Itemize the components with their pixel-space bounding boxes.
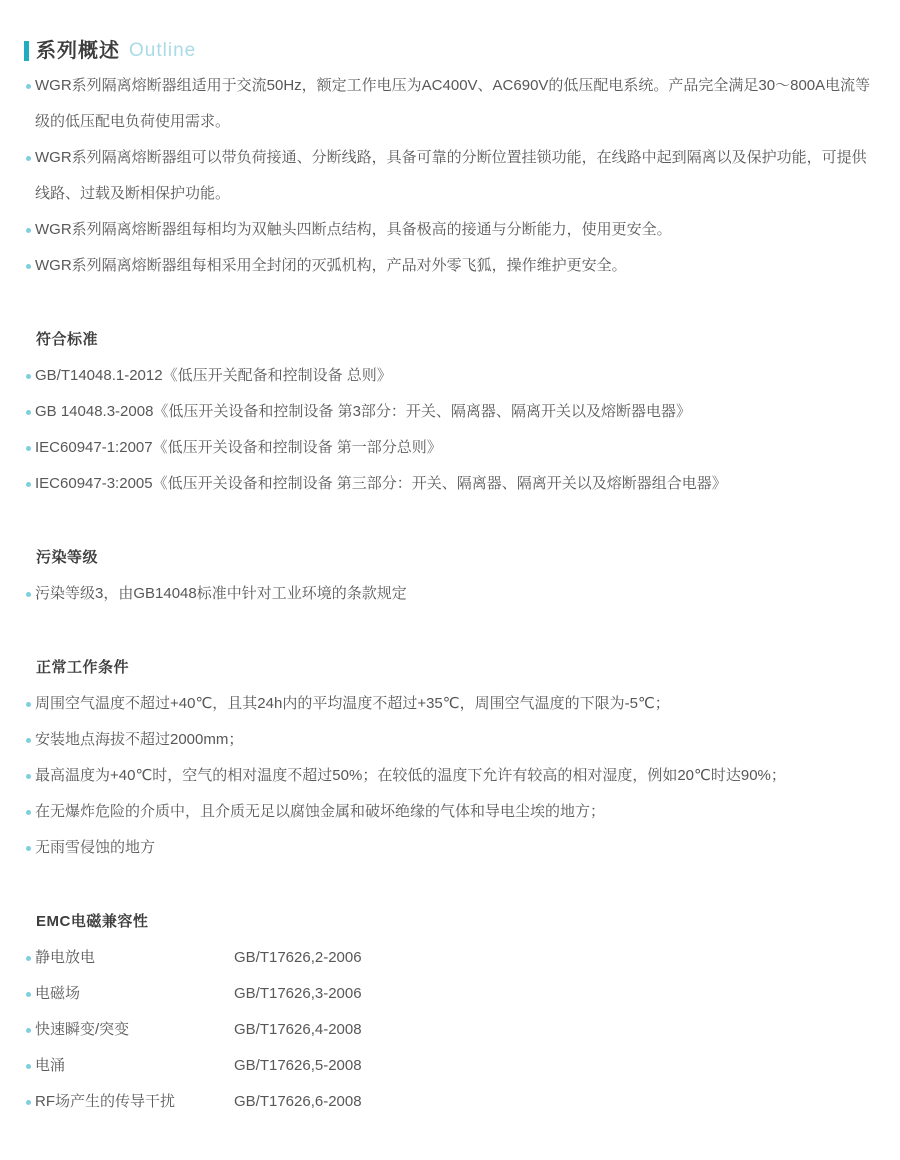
bullet-dot-icon xyxy=(26,264,31,269)
emc-row: 电涌 GB/T17626,5-2008 xyxy=(24,1048,874,1084)
list-item: IEC60947-3:2005《低压开关设备和控制设备 第三部分：开关、隔离器、… xyxy=(24,466,874,502)
bullet-dot-icon xyxy=(26,810,31,815)
document-page: 系列概述 Outline WGR系列隔离熔断器组适用于交流50Hz，额定工作电压… xyxy=(0,0,900,1160)
bullet-dot-icon xyxy=(26,846,31,851)
emc-row-value: GB/T17626,6-2008 xyxy=(234,1084,874,1120)
emc-row-label: 快速瞬变/突变 xyxy=(35,1012,234,1048)
section-title: 正常工作条件 xyxy=(36,658,874,678)
emc-row: RF场产生的传导干扰 GB/T17626,6-2008 xyxy=(24,1084,874,1120)
bullet-dot-icon xyxy=(26,446,31,451)
section-title: 符合标准 xyxy=(36,330,874,350)
bullet-dot-icon xyxy=(26,956,31,961)
emc-table: 静电放电 GB/T17626,2-2006 电磁场 GB/T17626,3-20… xyxy=(24,940,874,1120)
section-standards: 符合标准 GB/T14048.1-2012《低压开关配备和控制设备 总则》 GB… xyxy=(24,330,874,502)
overview-list: WGR系列隔离熔断器组适用于交流50Hz，额定工作电压为AC400V、AC690… xyxy=(24,68,874,284)
title-accent-bar xyxy=(24,41,29,61)
list-item-text: WGR系列隔离熔断器组每相采用全封闭的灭弧机构，产品对外零飞狐，操作维护更安全。 xyxy=(35,248,874,284)
bullet-dot-icon xyxy=(26,482,31,487)
bullet-dot-icon xyxy=(26,738,31,743)
bullet-dot-icon xyxy=(26,992,31,997)
list-item-text: WGR系列隔离熔断器组每相均为双触头四断点结构，具备极高的接通与分断能力，使用更… xyxy=(35,212,874,248)
emc-row-label: 电涌 xyxy=(35,1048,234,1084)
emc-row-label: RF场产生的传导干扰 xyxy=(35,1084,234,1120)
emc-row: 静电放电 GB/T17626,2-2006 xyxy=(24,940,874,976)
section-working-conditions: 正常工作条件 周围空气温度不超过+40℃，且其24h内的平均温度不超过+35℃，… xyxy=(24,658,874,866)
page-title-block: 系列概述 Outline xyxy=(24,38,874,64)
list-item-text: 周围空气温度不超过+40℃，且其24h内的平均温度不超过+35℃，周围空气温度的… xyxy=(35,686,874,722)
emc-row-value: GB/T17626,3-2006 xyxy=(234,976,874,1012)
bullet-dot-icon xyxy=(26,410,31,415)
pollution-list: 污染等级3，由GB14048标准中针对工业环境的条款规定 xyxy=(24,576,874,612)
section-title: 污染等级 xyxy=(36,548,874,568)
emc-row-label: 电磁场 xyxy=(35,976,234,1012)
emc-row-value: GB/T17626,4-2008 xyxy=(234,1012,874,1048)
bullet-dot-icon xyxy=(26,1028,31,1033)
list-item-text: 安装地点海拔不超过2000mm； xyxy=(35,722,874,758)
emc-row-value: GB/T17626,5-2008 xyxy=(234,1048,874,1084)
bullet-dot-icon xyxy=(26,228,31,233)
list-item: 安装地点海拔不超过2000mm； xyxy=(24,722,874,758)
list-item-text: 无雨雪侵蚀的地方 xyxy=(35,830,874,866)
list-item: WGR系列隔离熔断器组可以带负荷接通、分断线路，具备可靠的分断位置挂锁功能，在线… xyxy=(24,140,874,212)
section-pollution-level: 污染等级 污染等级3，由GB14048标准中针对工业环境的条款规定 xyxy=(24,548,874,612)
working-conditions-list: 周围空气温度不超过+40℃，且其24h内的平均温度不超过+35℃，周围空气温度的… xyxy=(24,686,874,866)
list-item-text: WGR系列隔离熔断器组适用于交流50Hz，额定工作电压为AC400V、AC690… xyxy=(35,68,874,140)
emc-row: 快速瞬变/突变 GB/T17626,4-2008 xyxy=(24,1012,874,1048)
bullet-dot-icon xyxy=(26,156,31,161)
list-item-text: IEC60947-1:2007《低压开关设备和控制设备 第一部分总则》 xyxy=(35,430,874,466)
list-item: 污染等级3，由GB14048标准中针对工业环境的条款规定 xyxy=(24,576,874,612)
list-item-text: 最高温度为+40℃时，空气的相对温度不超过50%；在较低的温度下允许有较高的相对… xyxy=(35,758,874,794)
page-title: 系列概述 xyxy=(36,38,120,64)
list-item-text: 污染等级3，由GB14048标准中针对工业环境的条款规定 xyxy=(35,576,874,612)
bullet-dot-icon xyxy=(26,702,31,707)
bullet-dot-icon xyxy=(26,374,31,379)
list-item-text: 在无爆炸危险的介质中，且介质无足以腐蚀金属和破坏绝缘的气体和导电尘埃的地方； xyxy=(35,794,874,830)
section-emc: EMC电磁兼容性 静电放电 GB/T17626,2-2006 电磁场 GB/T1… xyxy=(24,912,874,1120)
list-item: GB 14048.3-2008《低压开关设备和控制设备 第3部分：开关、隔离器、… xyxy=(24,394,874,430)
list-item-text: IEC60947-3:2005《低压开关设备和控制设备 第三部分：开关、隔离器、… xyxy=(35,466,874,502)
list-item: 在无爆炸危险的介质中，且介质无足以腐蚀金属和破坏绝缘的气体和导电尘埃的地方； xyxy=(24,794,874,830)
list-item: WGR系列隔离熔断器组适用于交流50Hz，额定工作电压为AC400V、AC690… xyxy=(24,68,874,140)
page-title-en: Outline xyxy=(129,40,196,62)
bullet-dot-icon xyxy=(26,84,31,89)
list-item: 最高温度为+40℃时，空气的相对温度不超过50%；在较低的温度下允许有较高的相对… xyxy=(24,758,874,794)
list-item: IEC60947-1:2007《低压开关设备和控制设备 第一部分总则》 xyxy=(24,430,874,466)
list-item-text: GB/T14048.1-2012《低压开关配备和控制设备 总则》 xyxy=(35,358,874,394)
emc-row: 电磁场 GB/T17626,3-2006 xyxy=(24,976,874,1012)
list-item-text: GB 14048.3-2008《低压开关设备和控制设备 第3部分：开关、隔离器、… xyxy=(35,394,874,430)
section-title: EMC电磁兼容性 xyxy=(36,912,874,932)
list-item: GB/T14048.1-2012《低压开关配备和控制设备 总则》 xyxy=(24,358,874,394)
emc-row-value: GB/T17626,2-2006 xyxy=(234,940,874,976)
list-item-text: WGR系列隔离熔断器组可以带负荷接通、分断线路，具备可靠的分断位置挂锁功能，在线… xyxy=(35,140,874,212)
bullet-dot-icon xyxy=(26,774,31,779)
emc-row-label: 静电放电 xyxy=(35,940,234,976)
bullet-dot-icon xyxy=(26,1064,31,1069)
list-item: WGR系列隔离熔断器组每相均为双触头四断点结构，具备极高的接通与分断能力，使用更… xyxy=(24,212,874,248)
standards-list: GB/T14048.1-2012《低压开关配备和控制设备 总则》 GB 1404… xyxy=(24,358,874,502)
list-item: 无雨雪侵蚀的地方 xyxy=(24,830,874,866)
bullet-dot-icon xyxy=(26,1100,31,1105)
bullet-dot-icon xyxy=(26,592,31,597)
list-item: 周围空气温度不超过+40℃，且其24h内的平均温度不超过+35℃，周围空气温度的… xyxy=(24,686,874,722)
list-item: WGR系列隔离熔断器组每相采用全封闭的灭弧机构，产品对外零飞狐，操作维护更安全。 xyxy=(24,248,874,284)
